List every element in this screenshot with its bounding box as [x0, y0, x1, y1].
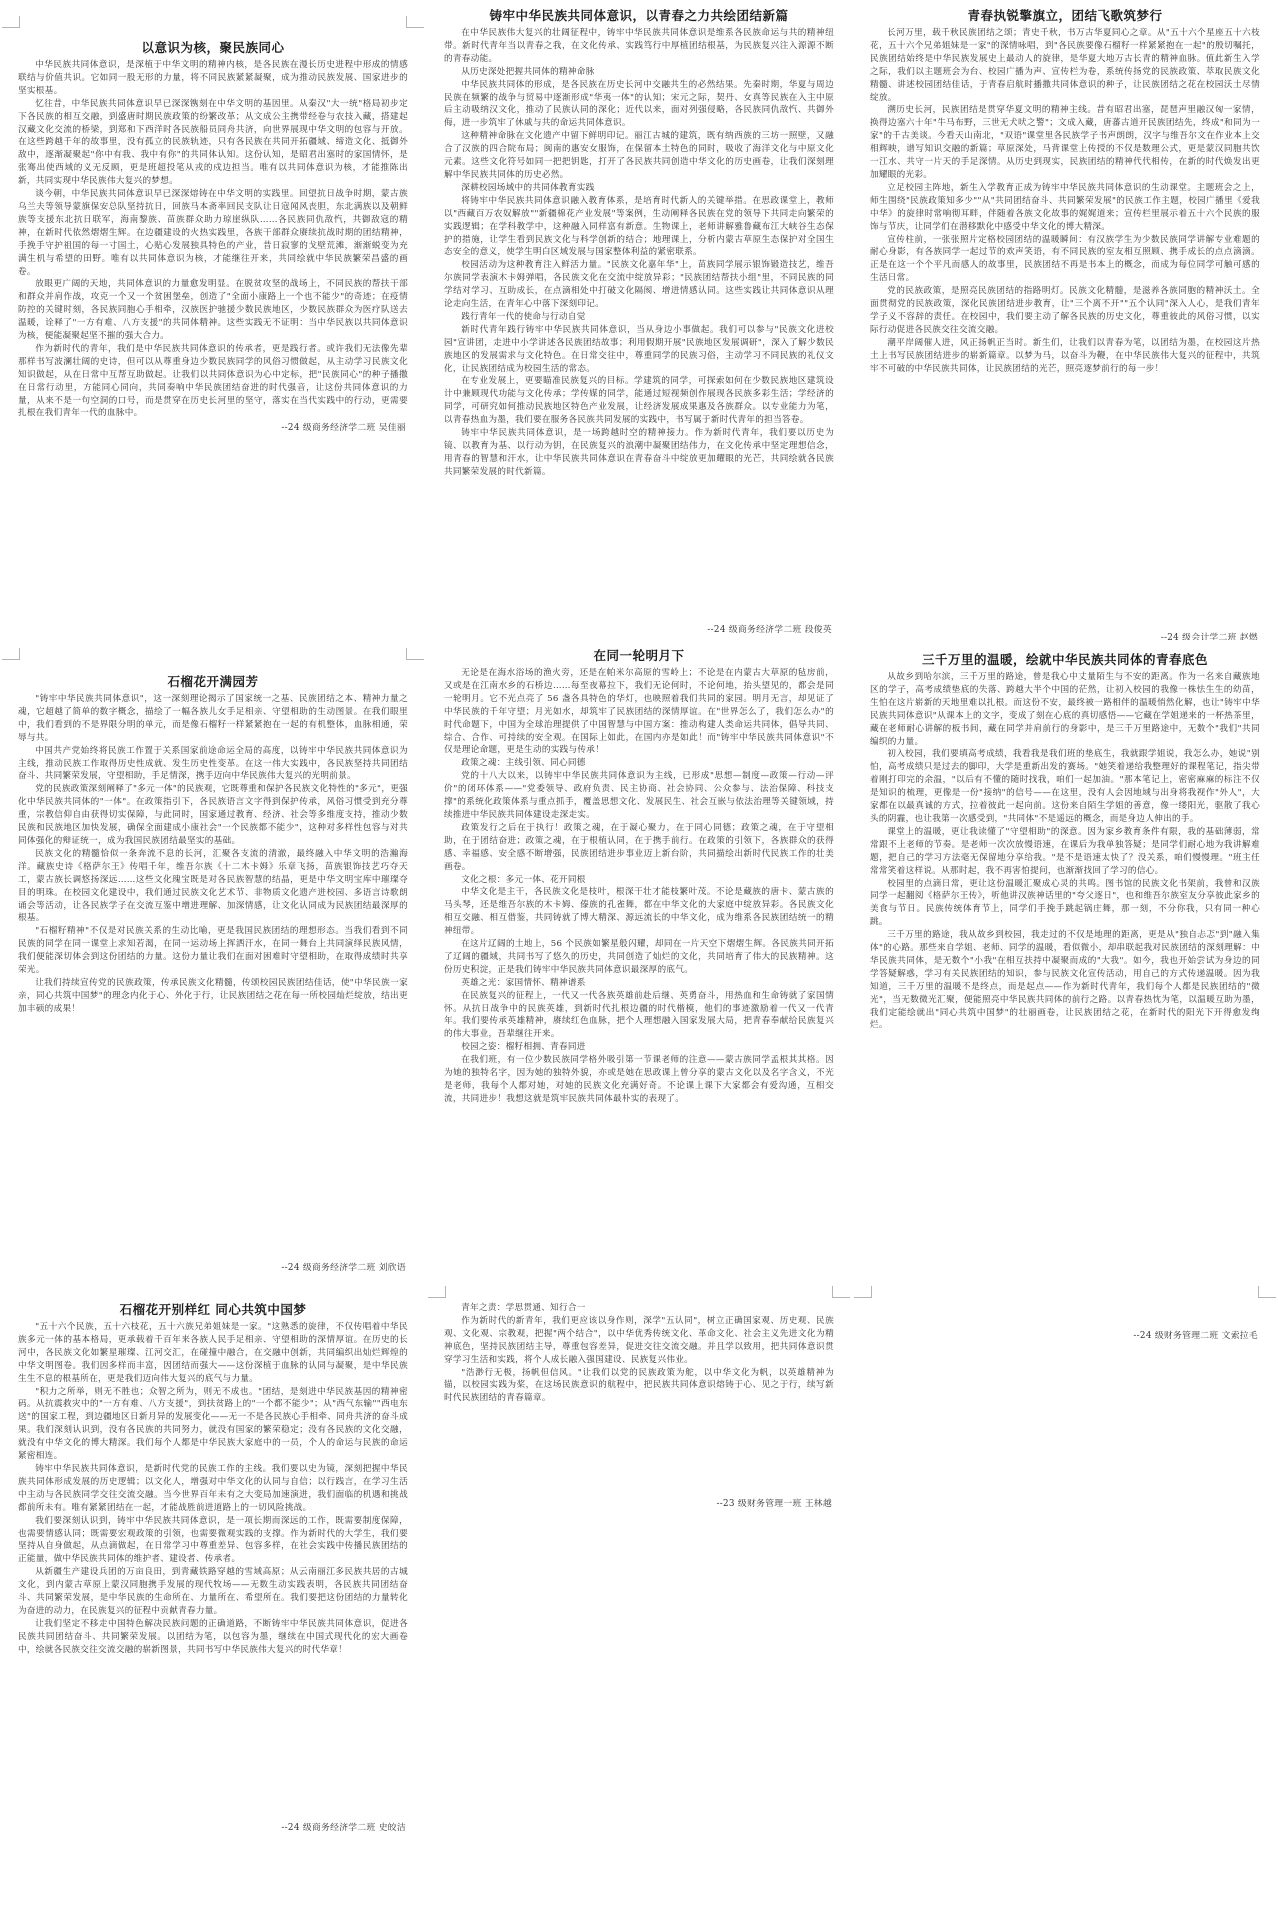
article-paragraph: "石榴籽精神"不仅是对民族关系的生动比喻，更是我国民族团结的理想形态。当我们看到… [18, 925, 408, 977]
article-paragraph: 谈今朝，中华民族共同体意识早已深深熔铸在中华文明的实践里。回望抗日战争时期，蒙古… [18, 188, 408, 278]
article-subheading: 文化之根：多元一体、花开同根 [444, 874, 834, 887]
article-subheading: 政策之魂：主线引领、同心同德 [444, 757, 834, 770]
article-paragraph: 从新疆生产建设兵团的万亩良田，到青藏铁路穿越的雪域高原；从云南丽江多民族共居的古… [18, 1566, 408, 1618]
article-title: 青春执锐擎旗立，团结飞歌筑梦行 [870, 6, 1260, 26]
article-paragraph: 这种精神命脉在文化遗产中留下鲜明印记。丽江古城的建筑，既有纳西族的三坊一照壁，又… [444, 130, 834, 182]
article-paragraph: 党的民族政策，是照亮民族团结的指路明灯。民族文化精髓，是滋养各族同胞的精神沃土。… [870, 285, 1260, 337]
article-title: 以意识为核，聚民族同心 [18, 38, 408, 58]
article-subheading: 深耕校园场域中的共同体教育实践 [444, 182, 834, 195]
page-corner-mark [2, 648, 20, 660]
article-paragraph: 党的十八大以来，以铸牢中华民族共同体意识为主线，已形成"思想—制度—政策—行动—… [444, 770, 834, 822]
article-paragraph: 作为新时代的新青年，我们更应该以身作则，深学"五认同"，树立正确国家观、历史观、… [444, 1315, 834, 1367]
page-corner-mark [2, 16, 20, 28]
article-paragraph: 让我们持续宣传党的民族政策，传承民族文化精髓，传颂校园民族团结佳话，使"中华民族… [18, 977, 408, 1016]
article-paragraph: 政策发行之后在于执行！政策之魂，在于凝心聚力，在于同心同德；政策之魂，在于守望相… [444, 822, 834, 874]
article-paragraph: 铸牢中华民族共同体意识，是新时代党的民族工作的主线。我们要以史为镜，深刻把握中华… [18, 1463, 408, 1515]
article-paragraph: 课堂上的温暖，更让我读懂了"守望相助"的深意。因为家乡教育条件有限，我的基础薄弱… [870, 826, 1260, 878]
article-paragraph: "五十六个民族，五十六枝花，五十六族兄弟姐妹是一家。"这熟悉的旋律，不仅传唱着中… [18, 1321, 408, 1386]
article-paragraph: 忆往昔，中华民族共同体意识早已深深镌刻在中华文明的基因里。从秦汉"大一统"格局初… [18, 98, 408, 188]
article-title: 石榴花开别样红 同心共筑中国梦 [18, 1300, 408, 1320]
article-author: --23 级财务管理一班 王林越 [716, 1497, 834, 1511]
page-article-7: 石榴花开别样红 同心共筑中国梦 "五十六个民族，五十六枝花，五十六族兄弟姐妹是一… [0, 1290, 426, 1918]
article-paragraph: 将铸牢中华民族共同体意识融入教育体系，是培育时代新人的关键举措。在思政课堂上，教… [444, 195, 834, 260]
page-corner-mark [406, 16, 424, 28]
article-paragraph: 中华文化是主干，各民族文化是枝叶，根深干壮才能枝繁叶茂。不论是藏族的唐卡、蒙古族… [444, 886, 834, 938]
article-paragraph: 无论是在海水浴场的渔火旁，还是在帕米尔高原的雪岭上；不论是在内蒙古大草原的毡房前… [444, 667, 834, 757]
article-paragraph: "浩渺行无极，扬帆但信风。"让我们以党的民族政策为舵，以中华文化为帆，以英雄精神… [444, 1367, 834, 1406]
article-author: --24 级商务经济学二班 吴佳丽 [18, 421, 408, 435]
article-paragraph: 放眼更广阔的天地，共同体意识的力量愈发明显。在脱贫攻坚的战场上，不同民族的帮扶干… [18, 278, 408, 343]
article-paragraph: 让我们坚定不移走中国特色解决民族问题的正确道路，不断铸牢中华民族共同体意识，促进… [18, 1618, 408, 1657]
page-article-6: 三千万里的温暖，绘就中华民族共同体的青春底色 从故乡到哈尔滨，三千万里的路途，曾… [852, 640, 1278, 1360]
article-paragraph: 立足校园主阵地，新生入学教育正成为铸牢中华民族共同体意识的生动课堂。主题班会之上… [870, 182, 1260, 234]
article-paragraph: 校园里的点滴日常，更让这份温暖汇聚成心灵的共鸣。图书馆的民族文化书架前，我曾和汉… [870, 878, 1260, 930]
page-article-2: 铸牢中华民族共同体意识，以青春之力共绘团结新篇 在中华民族伟大复兴的壮阔征程中，… [426, 0, 852, 640]
article-paragraph: 三千万里的路途，我从故乡到校园，我走过的不仅是地理的距离，更是从"独自忐忑"到"… [870, 929, 1260, 1032]
article-author: --24 级商务经济学二班 刘欣语 [281, 1261, 408, 1275]
article-subheading: 践行青年一代的使命与行动自觉 [444, 311, 834, 324]
article-paragraph: 初入校园，我们要填高考成绩，我看我是我们班的垫底生，我就跟学姐说，我怎么办，她说… [870, 748, 1260, 825]
article-subheading: 从历史深处把握共同体的精神命脉 [444, 66, 834, 79]
article-paragraph: 民族文化的精髓恰似一条奔流不息的长河，汇聚各支流的清澈，最终融入中华文明的浩瀚海… [18, 848, 408, 925]
article-paragraph: "铸牢中华民族共同体意识"，这一深刻理论揭示了国家统一之基、民族团结之本、精神力… [18, 693, 408, 745]
page-corner-mark [406, 648, 424, 660]
article-paragraph: 我们要深刻认识到，铸牢中华民族共同体意识，是一项长期而深远的工作，既需要制度保障… [18, 1515, 408, 1567]
page-article-3: 青春执锐擎旗立，团结飞歌筑梦行 长河万里，载千秋民族团结之颂；青史千秋，书万古华… [852, 0, 1278, 640]
article-title: 石榴花开满园芳 [18, 672, 408, 692]
page-corner-mark [832, 1286, 850, 1298]
article-author: --24 级商务经济学二班 史皎洁 [281, 1821, 408, 1835]
page-article-4: 石榴花开满园芳 "铸牢中华民族共同体意识"，这一深刻理论揭示了国家统一之基、民族… [0, 640, 426, 1280]
article-subheading: 校园之姿：榴籽相拥、青春同进 [444, 1041, 834, 1054]
article-paragraph: "积力之所举，则无不胜也；众智之所为，则无不成也。"团结，是刻进中华民族基因的精… [18, 1386, 408, 1463]
article-author: --24 级财务管理二班 文索拉毛 [1133, 1329, 1260, 1343]
article-paragraph: 从故乡到哈尔滨，三千万里的路途，曾是我心中丈量陌生与不安的距离。作为一名来自藏族… [870, 671, 1260, 748]
article-paragraph: 新时代青年践行铸牢中华民族共同体意识，当从身边小事做起。我们可以参与"民族文化进… [444, 324, 834, 376]
article-paragraph: 在这片辽阔的土地上，56 个民族如繁星般闪耀，却同在一片天空下熠熠生辉。各民族共… [444, 938, 834, 977]
page-corner-mark [1258, 1286, 1276, 1298]
article-paragraph: 作为新时代的青年，我们是中华民族共同体意识的传承者，更是践行者。或许我们无法像先… [18, 343, 408, 420]
article-subheading: 英雄之光：家国情怀、精神谱系 [444, 977, 834, 990]
article-subheading: 青年之责：学思贯通、知行合一 [444, 1302, 834, 1315]
article-paragraph: 潮平岸阔催人进，风正扬帆正当时。新生们，让我们以青春为笔，以团结为墨，在校园这片… [870, 337, 1260, 376]
article-author: --24 级商务经济学二班 段俊英 [707, 623, 834, 637]
article-paragraph: 宣传柱前，一张张照片定格校园团结的温暖瞬间：有汉族学生为少数民族同学讲解专业难题… [870, 234, 1260, 286]
article-paragraph: 溯历史长河，民族团结是贯穿华夏文明的精神主线。昔有昭君出塞，琵琶声里融汉匈一家情… [870, 104, 1260, 181]
article-paragraph: 在民族复兴的征程上，一代又一代各族英雄前赴后继、英勇奋斗，用热血和生命铸就了家国… [444, 990, 834, 1042]
article-paragraph: 中华民族共同体的形成，是各民族在历史长河中交融共生的必然结果。先秦时期，华夏与周… [444, 79, 834, 131]
article-paragraph: 在中华民族伟大复兴的壮阔征程中，铸牢中华民族共同体意识是维系各民族命运与共的精神… [444, 27, 834, 66]
article-paragraph: 中华民族共同体意识，是深植于中华文明的精神内核，是各民族在漫长历史进程中形成的情… [18, 59, 408, 98]
page-corner-mark [428, 1286, 446, 1298]
article-paragraph: 中国共产党始终将民族工作置于关系国家前途命运全局的高度，以铸牢中华民族共同体意识… [18, 745, 408, 784]
article-title: 在同一轮明月下 [444, 646, 834, 666]
article-paragraph: 校园活动为这种教育注入鲜活力量。"民族文化嘉年华"上，苗族同学展示银饰锻造技艺，… [444, 259, 834, 311]
article-paragraph: 在我们班，有一位少数民族同学格外吸引第一节课老师的注意——蒙古族同学孟根其其格。… [444, 1054, 834, 1106]
article-paragraph: 在专业发展上，更要瞄准民族复兴的目标。学建筑的同学，可探索如何在少数民族地区建筑… [444, 375, 834, 427]
article-title: 三千万里的温暖，绘就中华民族共同体的青春底色 [870, 650, 1260, 670]
article-paragraph: 党的民族政策深刻阐释了"多元一体"的民族观，它既尊重和保护各民族文化特性的"多元… [18, 783, 408, 848]
article-paragraph: 长河万里，载千秋民族团结之颂；青史千秋，书万古华夏同心之章。从"五十六个星座五十… [870, 27, 1260, 104]
article-paragraph: 铸牢中华民族共同体意识，是一场跨越时空的精神接力。作为新时代青年，我们要以历史为… [444, 427, 834, 479]
article-title: 铸牢中华民族共同体意识，以青春之力共绘团结新篇 [444, 6, 834, 26]
page-article-1: 以意识为核，聚民族同心 中华民族共同体意识，是深植于中华文明的精神内核，是各民族… [0, 0, 426, 560]
page-article-5: 在同一轮明月下 无论是在海水浴场的渔火旁，还是在帕米尔高原的雪岭上；不论是在内蒙… [426, 640, 852, 1520]
page-corner-mark [854, 1286, 872, 1298]
